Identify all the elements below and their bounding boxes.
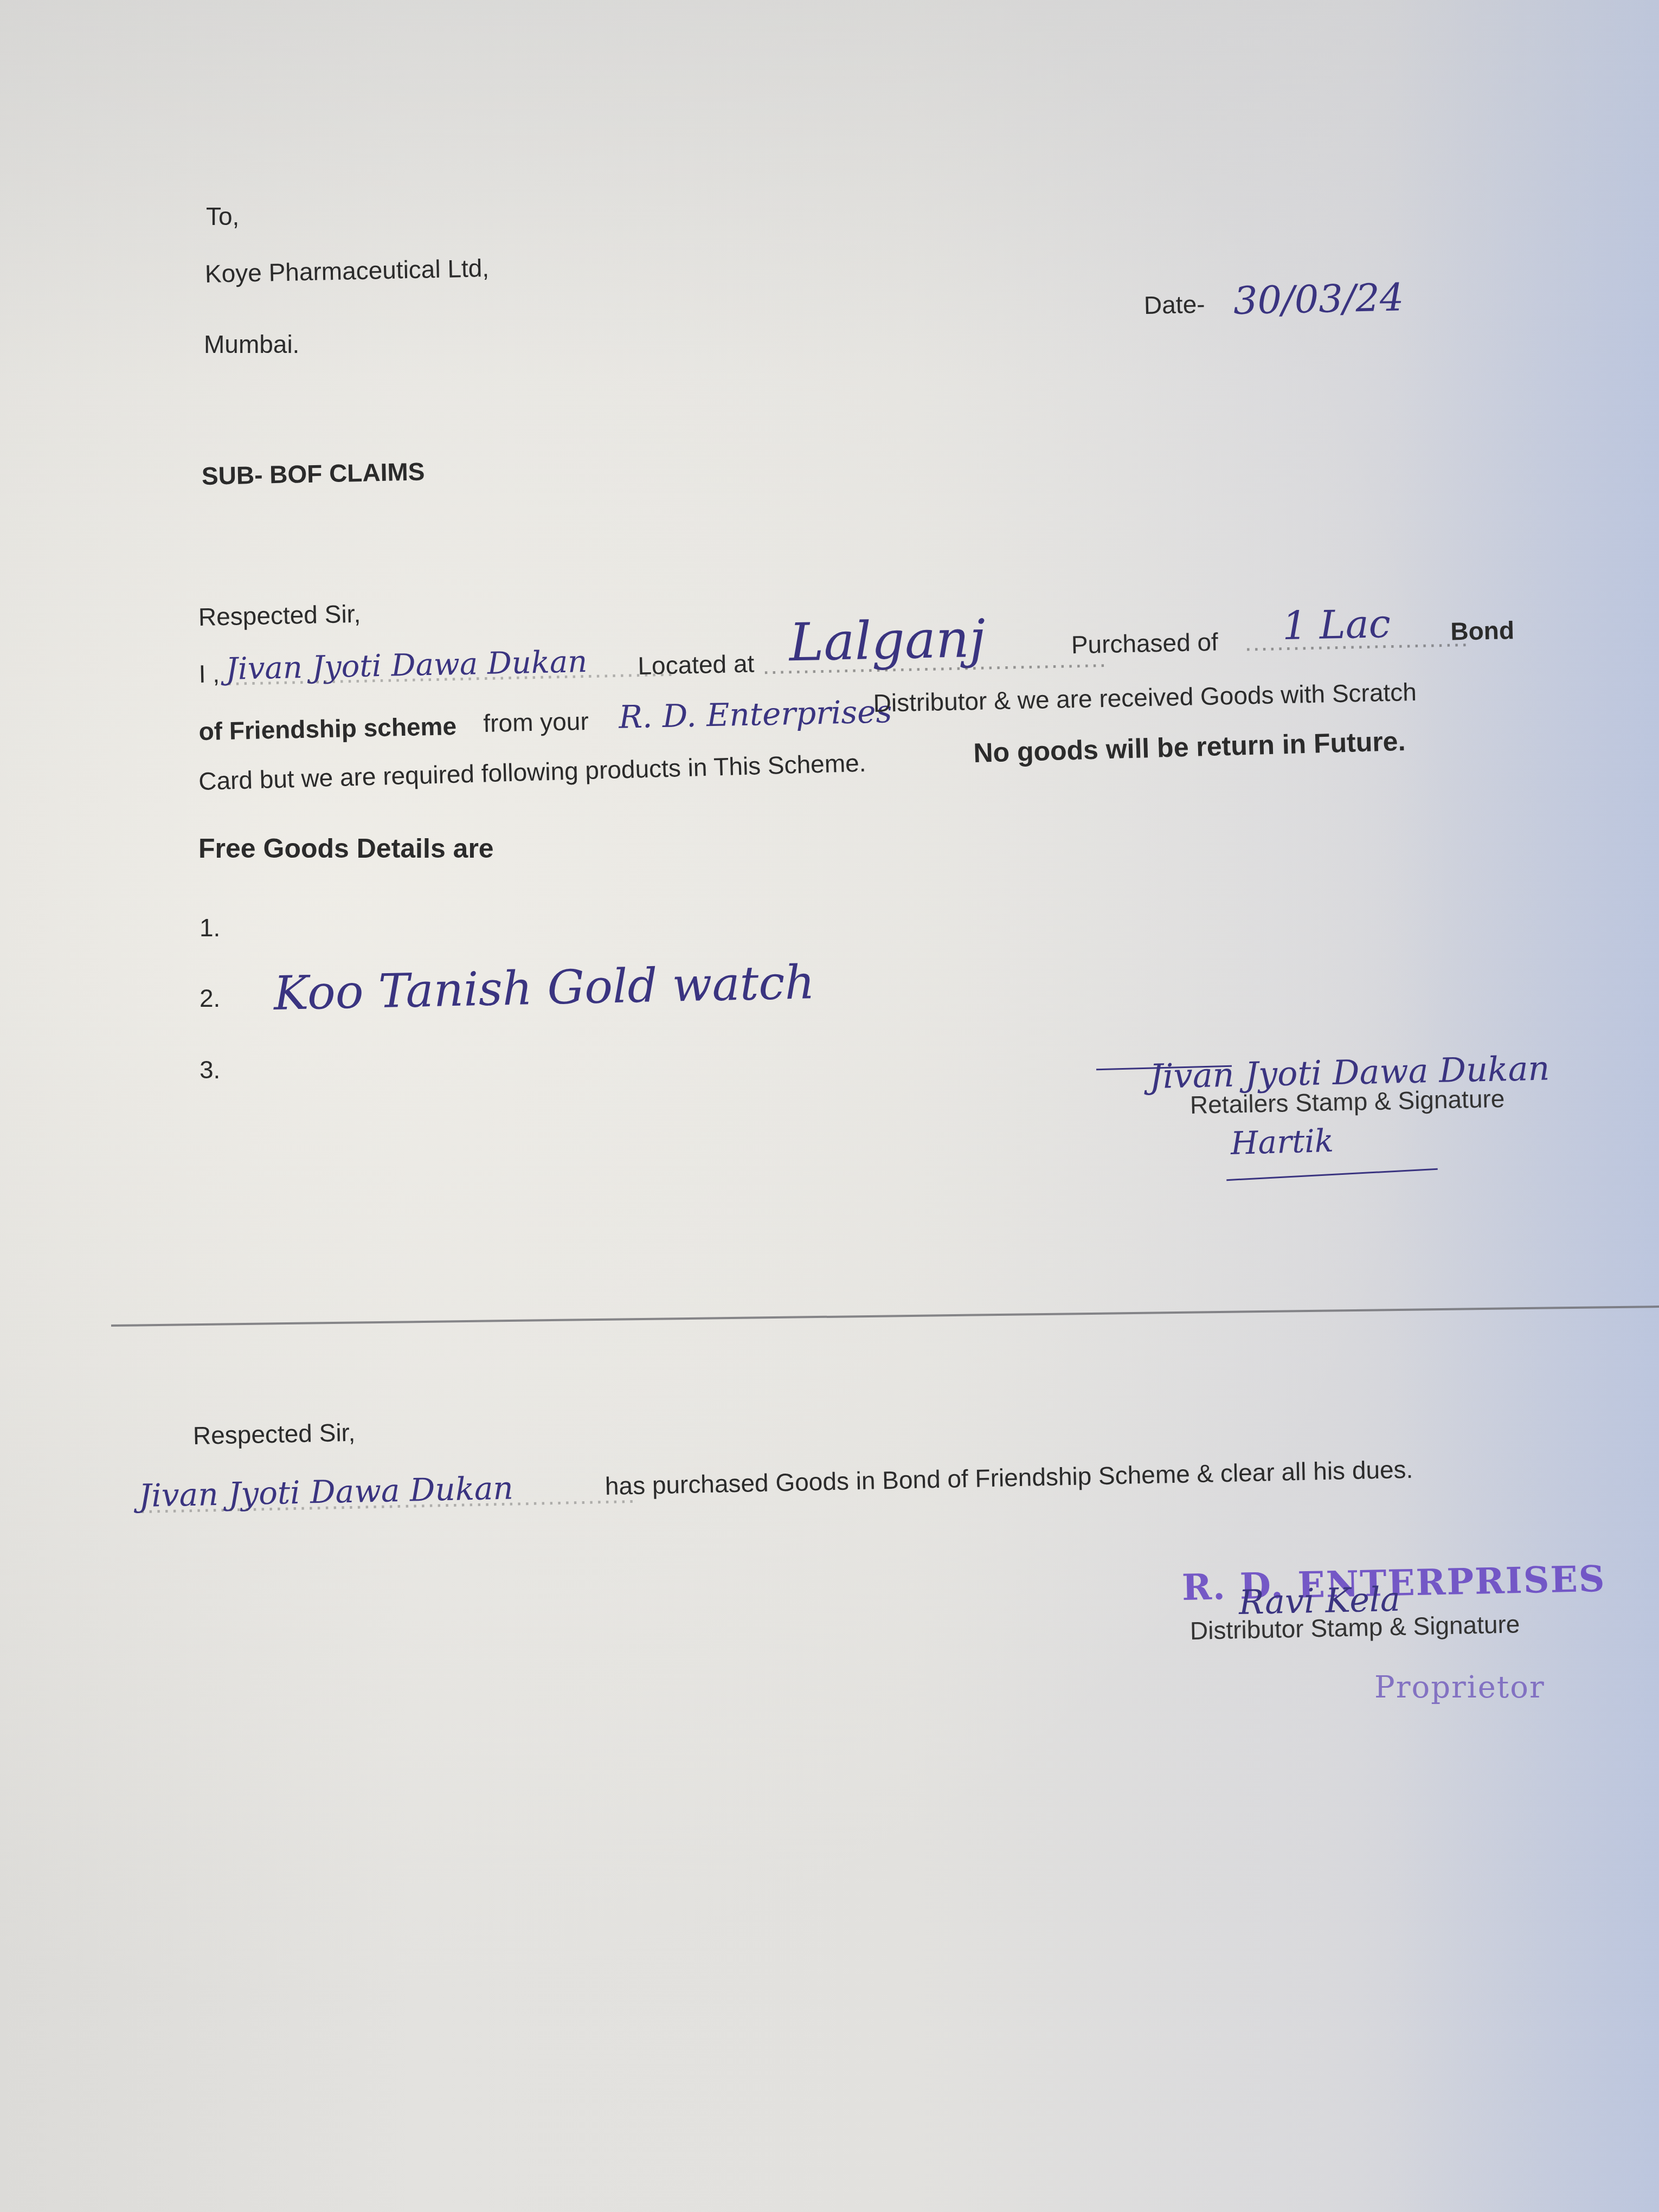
distributor-confirmation-text: has purchased Goods in Bond of Friendshi… — [605, 1457, 1413, 1499]
distributor-signature-label: Distributor Stamp & Signature — [1190, 1611, 1520, 1643]
free-goods-item-1-number: 1. — [200, 915, 220, 940]
from-your-label: from your — [483, 709, 589, 736]
free-goods-item-3-number: 3. — [200, 1057, 220, 1082]
retailer-signatory: Hartik — [1230, 1125, 1334, 1159]
located-at-label: Located at — [638, 651, 755, 678]
date-label: Date- — [1144, 292, 1205, 318]
subject-line: SUB- BOF CLAIMS — [202, 459, 425, 488]
retailer-signature-label: Retailers Stamp & Signature — [1190, 1086, 1505, 1117]
recipient-company: Koye Pharmaceutical Ltd, — [205, 255, 490, 286]
no-return-warning: No goods will be return in Future. — [973, 728, 1406, 767]
to-label: To, — [206, 204, 239, 229]
free-goods-item-2-value: Koo Tanish Gold watch — [273, 959, 815, 1017]
document-page: To, Koye Pharmaceutical Ltd, Mumbai. Dat… — [0, 0, 1659, 2212]
pronoun-i: I , — [198, 661, 220, 686]
bond-label: Bond — [1450, 618, 1514, 644]
purchased-of-label: Purchased of — [1071, 629, 1218, 658]
distributor-confirmation-line: Jivan Jyoti Dawa Dukan .................… — [138, 1434, 1576, 1523]
distributor-salutation: Respected Sir, — [193, 1420, 356, 1448]
amount-dotted-line: ............................ — [1244, 625, 1469, 655]
date-value: 30/03/24 — [1233, 278, 1404, 320]
claim-line-2-rest: Distributor & we are received Goods with… — [873, 679, 1417, 716]
recipient-city: Mumbai. — [204, 332, 299, 357]
scheme-name: of Friendship scheme — [198, 713, 456, 744]
salutation: Respected Sir, — [198, 601, 361, 629]
free-goods-heading: Free Goods Details are — [198, 835, 494, 862]
claim-line-3-text: Card but we are required following produ… — [198, 750, 866, 794]
free-goods-item-2-number: 2. — [200, 986, 220, 1011]
distributor-field: R. D. Enterprises — [619, 696, 892, 733]
distributor-stamp-role: Proprietor — [1374, 1673, 1545, 1703]
